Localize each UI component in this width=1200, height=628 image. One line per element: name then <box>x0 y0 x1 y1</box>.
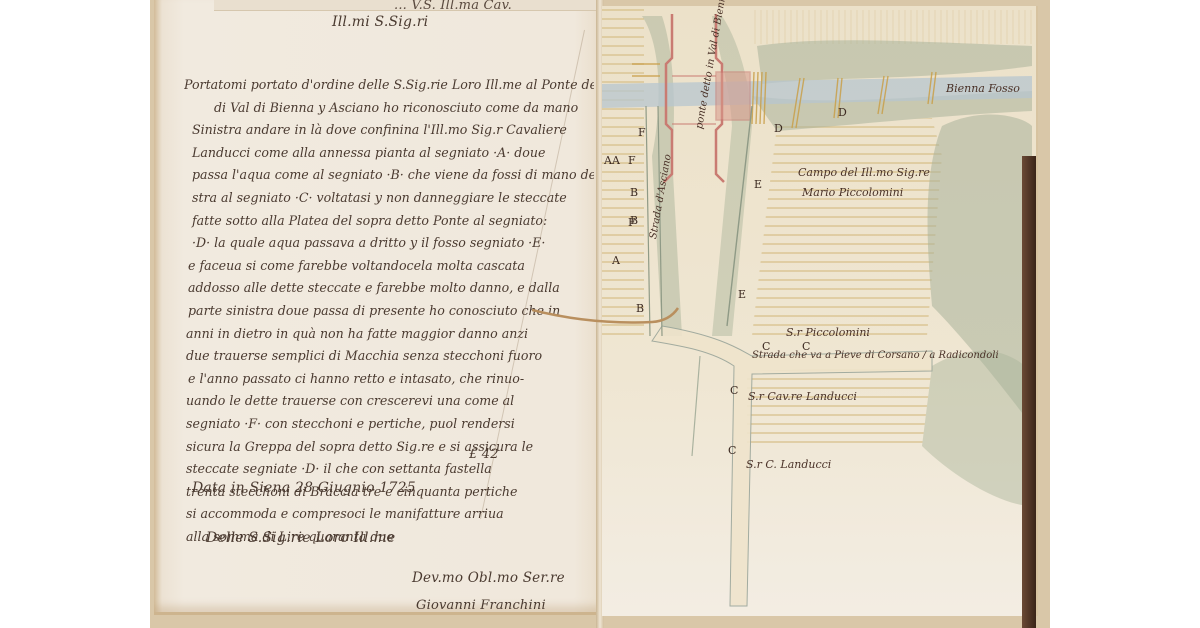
date-line: Data in Siena 28 Giugnio 1725 <box>192 480 416 496</box>
marker-d: D <box>774 122 783 135</box>
page-shadow-edge <box>1022 156 1036 628</box>
body-line: sicura la Greppa del sopra detto Sig.re … <box>184 436 594 459</box>
manuscript-photo: ... V.S. Ill.ma Cav. Ill.mi S.Sig.ri Por… <box>150 0 1050 628</box>
marker-e: E <box>754 178 762 191</box>
body-line: passa l'aqua come al segniato ·B· che vi… <box>184 164 594 187</box>
marker-a: A <box>612 154 620 167</box>
label-field-owner-name: Mario Piccolomini <box>802 186 903 199</box>
marker-c: C <box>728 444 736 457</box>
body-line: Sinistra andare in là dove confinina l'I… <box>184 119 594 142</box>
body-line: si accommoda e compresoci le manifatture… <box>184 503 594 526</box>
field-left <box>602 6 644 336</box>
top-fragment-text: ... V.S. Ill.ma Cav. <box>394 0 512 13</box>
marker-e: E <box>738 288 746 301</box>
body-line: steccate segniate ·D· il che con settant… <box>184 458 594 481</box>
binding-string <box>532 302 682 332</box>
label-piccolomini: S.r Piccolomini <box>786 326 870 339</box>
closing-line: Delle S.Sig.rie Loro Ill.me <box>206 530 395 546</box>
marker-f: F <box>628 216 636 229</box>
label-stream: Bienna Fosso <box>946 82 1020 95</box>
body-line: segniato ·F· con stecchoni e pertiche, p… <box>184 413 594 436</box>
body-line: addosso alle dette steccate e farebbe mo… <box>184 277 594 300</box>
label-landucci-cav: S.r Cav.re Landucci <box>748 390 857 403</box>
label-landucci: S.r C. Landucci <box>746 458 831 471</box>
servant-line: Dev.mo Obl.mo Ser.re <box>412 570 565 586</box>
signature: Giovanni Franchini <box>416 598 546 613</box>
label-field-owner: Campo del Ill.mo Sig.re <box>798 166 930 179</box>
marker-b: B <box>636 302 644 315</box>
field-piccolomini <box>752 118 942 336</box>
body-line: Landucci come alla annessa pianta al seg… <box>184 142 594 165</box>
body-line: e l'anno passato ci hanno retto e intasa… <box>184 368 594 391</box>
body-line: ·D· la quale aqua passava a dritto y il … <box>184 232 594 255</box>
body-line: due trauerse semplici di Macchia senza s… <box>184 345 594 368</box>
marker-f: F <box>628 154 636 167</box>
field-landucci <box>747 366 932 446</box>
label-road: Strada che va a Pieve di Corsano / a Rad… <box>752 350 999 361</box>
marker-b: B <box>630 186 638 199</box>
body-line: stra al segniato ·C· voltatasi y non dan… <box>184 187 594 210</box>
marker-a: A <box>604 154 612 167</box>
marker-c: C <box>762 340 770 353</box>
marker-c: C <box>730 384 738 397</box>
salutation: Ill.mi S.Sig.ri <box>332 14 428 30</box>
map-page: ponte detto in Val di Bienna Strada d'As… <box>602 6 1038 616</box>
marker-c: C <box>802 340 810 353</box>
marker-d: D <box>838 106 847 119</box>
marker-a: A <box>612 254 620 267</box>
body-line: di Val di Bienna y Asciano ho riconosciu… <box>184 97 594 120</box>
body-line: fatte sotto alla Platea del sopra detto … <box>184 210 594 233</box>
body-line: Portatomi portato d'ordine delle S.Sig.r… <box>184 74 594 97</box>
body-line: uando le dette trauerse con crescerevi u… <box>184 390 594 413</box>
marker-f: F <box>638 126 646 139</box>
